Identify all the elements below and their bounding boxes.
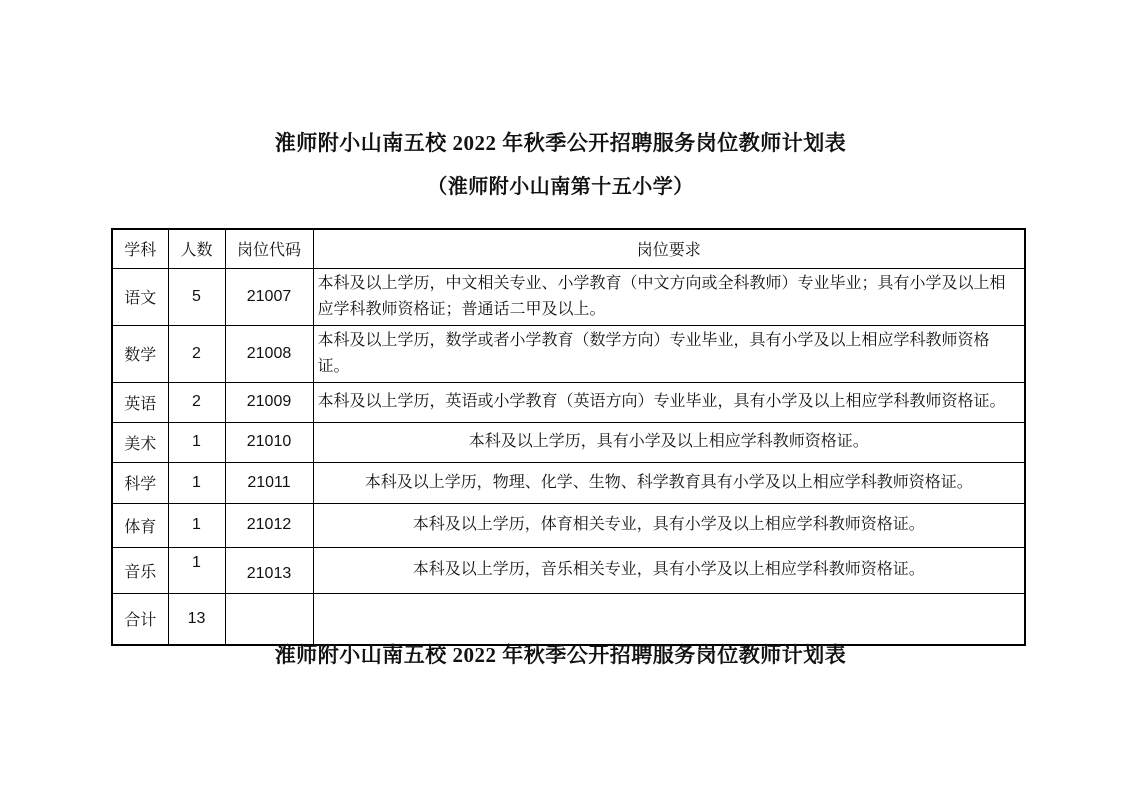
- header-count: 人数: [168, 229, 225, 268]
- total-label-cell: 合计: [112, 593, 168, 645]
- table-row: 数学 2 21008 本科及以上学历，数学或者小学教育（数学方向）专业毕业，具有…: [112, 325, 1025, 382]
- requirement-cell: 本科及以上学历，中文相关专业、小学教育（中文方向或全科教师）专业毕业；具有小学及…: [313, 268, 1025, 325]
- table-row: 英语 2 21009 本科及以上学历，英语或小学教育（英语方向）专业毕业，具有小…: [112, 382, 1025, 422]
- requirement-cell: 本科及以上学历，数学或者小学教育（数学方向）专业毕业，具有小学及以上相应学科教师…: [313, 325, 1025, 382]
- code-cell: 21009: [225, 382, 313, 422]
- header-requirement: 岗位要求: [313, 229, 1025, 268]
- count-cell: 2: [168, 382, 225, 422]
- footer-title: 淮师附小山南五校 2022 年秋季公开招聘服务岗位教师计划表: [0, 639, 1121, 669]
- total-requirement-cell-empty: [313, 593, 1025, 645]
- requirement-cell: 本科及以上学历，具有小学及以上相应学科教师资格证。: [313, 422, 1025, 462]
- subject-cell: 美术: [112, 422, 168, 462]
- code-cell: 21010: [225, 422, 313, 462]
- count-cell: 1: [168, 503, 225, 547]
- code-cell: 21008: [225, 325, 313, 382]
- code-label: 21013: [247, 565, 292, 583]
- count-label: 1: [192, 554, 201, 572]
- count-cell: 1: [168, 462, 225, 503]
- total-count-cell: 13: [168, 593, 225, 645]
- requirement-cell: 本科及以上学历，物理、化学、生物、科学教育具有小学及以上相应学科教师资格证。: [313, 462, 1025, 503]
- table-row: 语文 5 21007 本科及以上学历，中文相关专业、小学教育（中文方向或全科教师…: [112, 268, 1025, 325]
- requirement-cell: 本科及以上学历，体育相关专业，具有小学及以上相应学科教师资格证。: [313, 503, 1025, 547]
- header-subject: 学科: [112, 229, 168, 268]
- table-row: 音乐 1 21013 本科及以上学历，音乐相关专业，具有小学及以上相应学科教师资…: [112, 547, 1025, 593]
- page-title: 淮师附小山南五校 2022 年秋季公开招聘服务岗位教师计划表: [0, 127, 1121, 157]
- code-cell: 21013: [225, 547, 313, 593]
- count-cell: 5: [168, 268, 225, 325]
- recruitment-plan-table: 学科 人数 岗位代码 岗位要求 语文 5 21007 本科及以上学历，中文相关专…: [111, 228, 1026, 646]
- count-cell: 2: [168, 325, 225, 382]
- subject-cell: 语文: [112, 268, 168, 325]
- requirement-cell: 本科及以上学历，英语或小学教育（英语方向）专业毕业，具有小学及以上相应学科教师资…: [313, 382, 1025, 422]
- table-row: 美术 1 21010 本科及以上学历，具有小学及以上相应学科教师资格证。: [112, 422, 1025, 462]
- requirement-cell: 本科及以上学历，音乐相关专业，具有小学及以上相应学科教师资格证。: [313, 547, 1025, 593]
- code-cell: 21011: [225, 462, 313, 503]
- subject-cell: 科学: [112, 462, 168, 503]
- subject-cell: 音乐: [112, 547, 168, 593]
- code-cell: 21012: [225, 503, 313, 547]
- header-code: 岗位代码: [225, 229, 313, 268]
- table-total-row: 合计 13: [112, 593, 1025, 645]
- subject-cell: 英语: [112, 382, 168, 422]
- subject-label: 音乐: [124, 564, 156, 581]
- table-row: 科学 1 21011 本科及以上学历，物理、化学、生物、科学教育具有小学及以上相…: [112, 462, 1025, 503]
- page-subtitle: （淮师附小山南第十五小学）: [0, 170, 1121, 199]
- total-code-cell-empty: [225, 593, 313, 645]
- code-cell: 21007: [225, 268, 313, 325]
- count-cell: 1: [168, 422, 225, 462]
- subject-cell: 体育: [112, 503, 168, 547]
- table-header-row: 学科 人数 岗位代码 岗位要求: [112, 229, 1025, 268]
- table-row: 体育 1 21012 本科及以上学历，体育相关专业，具有小学及以上相应学科教师资…: [112, 503, 1025, 547]
- subject-cell: 数学: [112, 325, 168, 382]
- count-cell: 1: [168, 547, 225, 593]
